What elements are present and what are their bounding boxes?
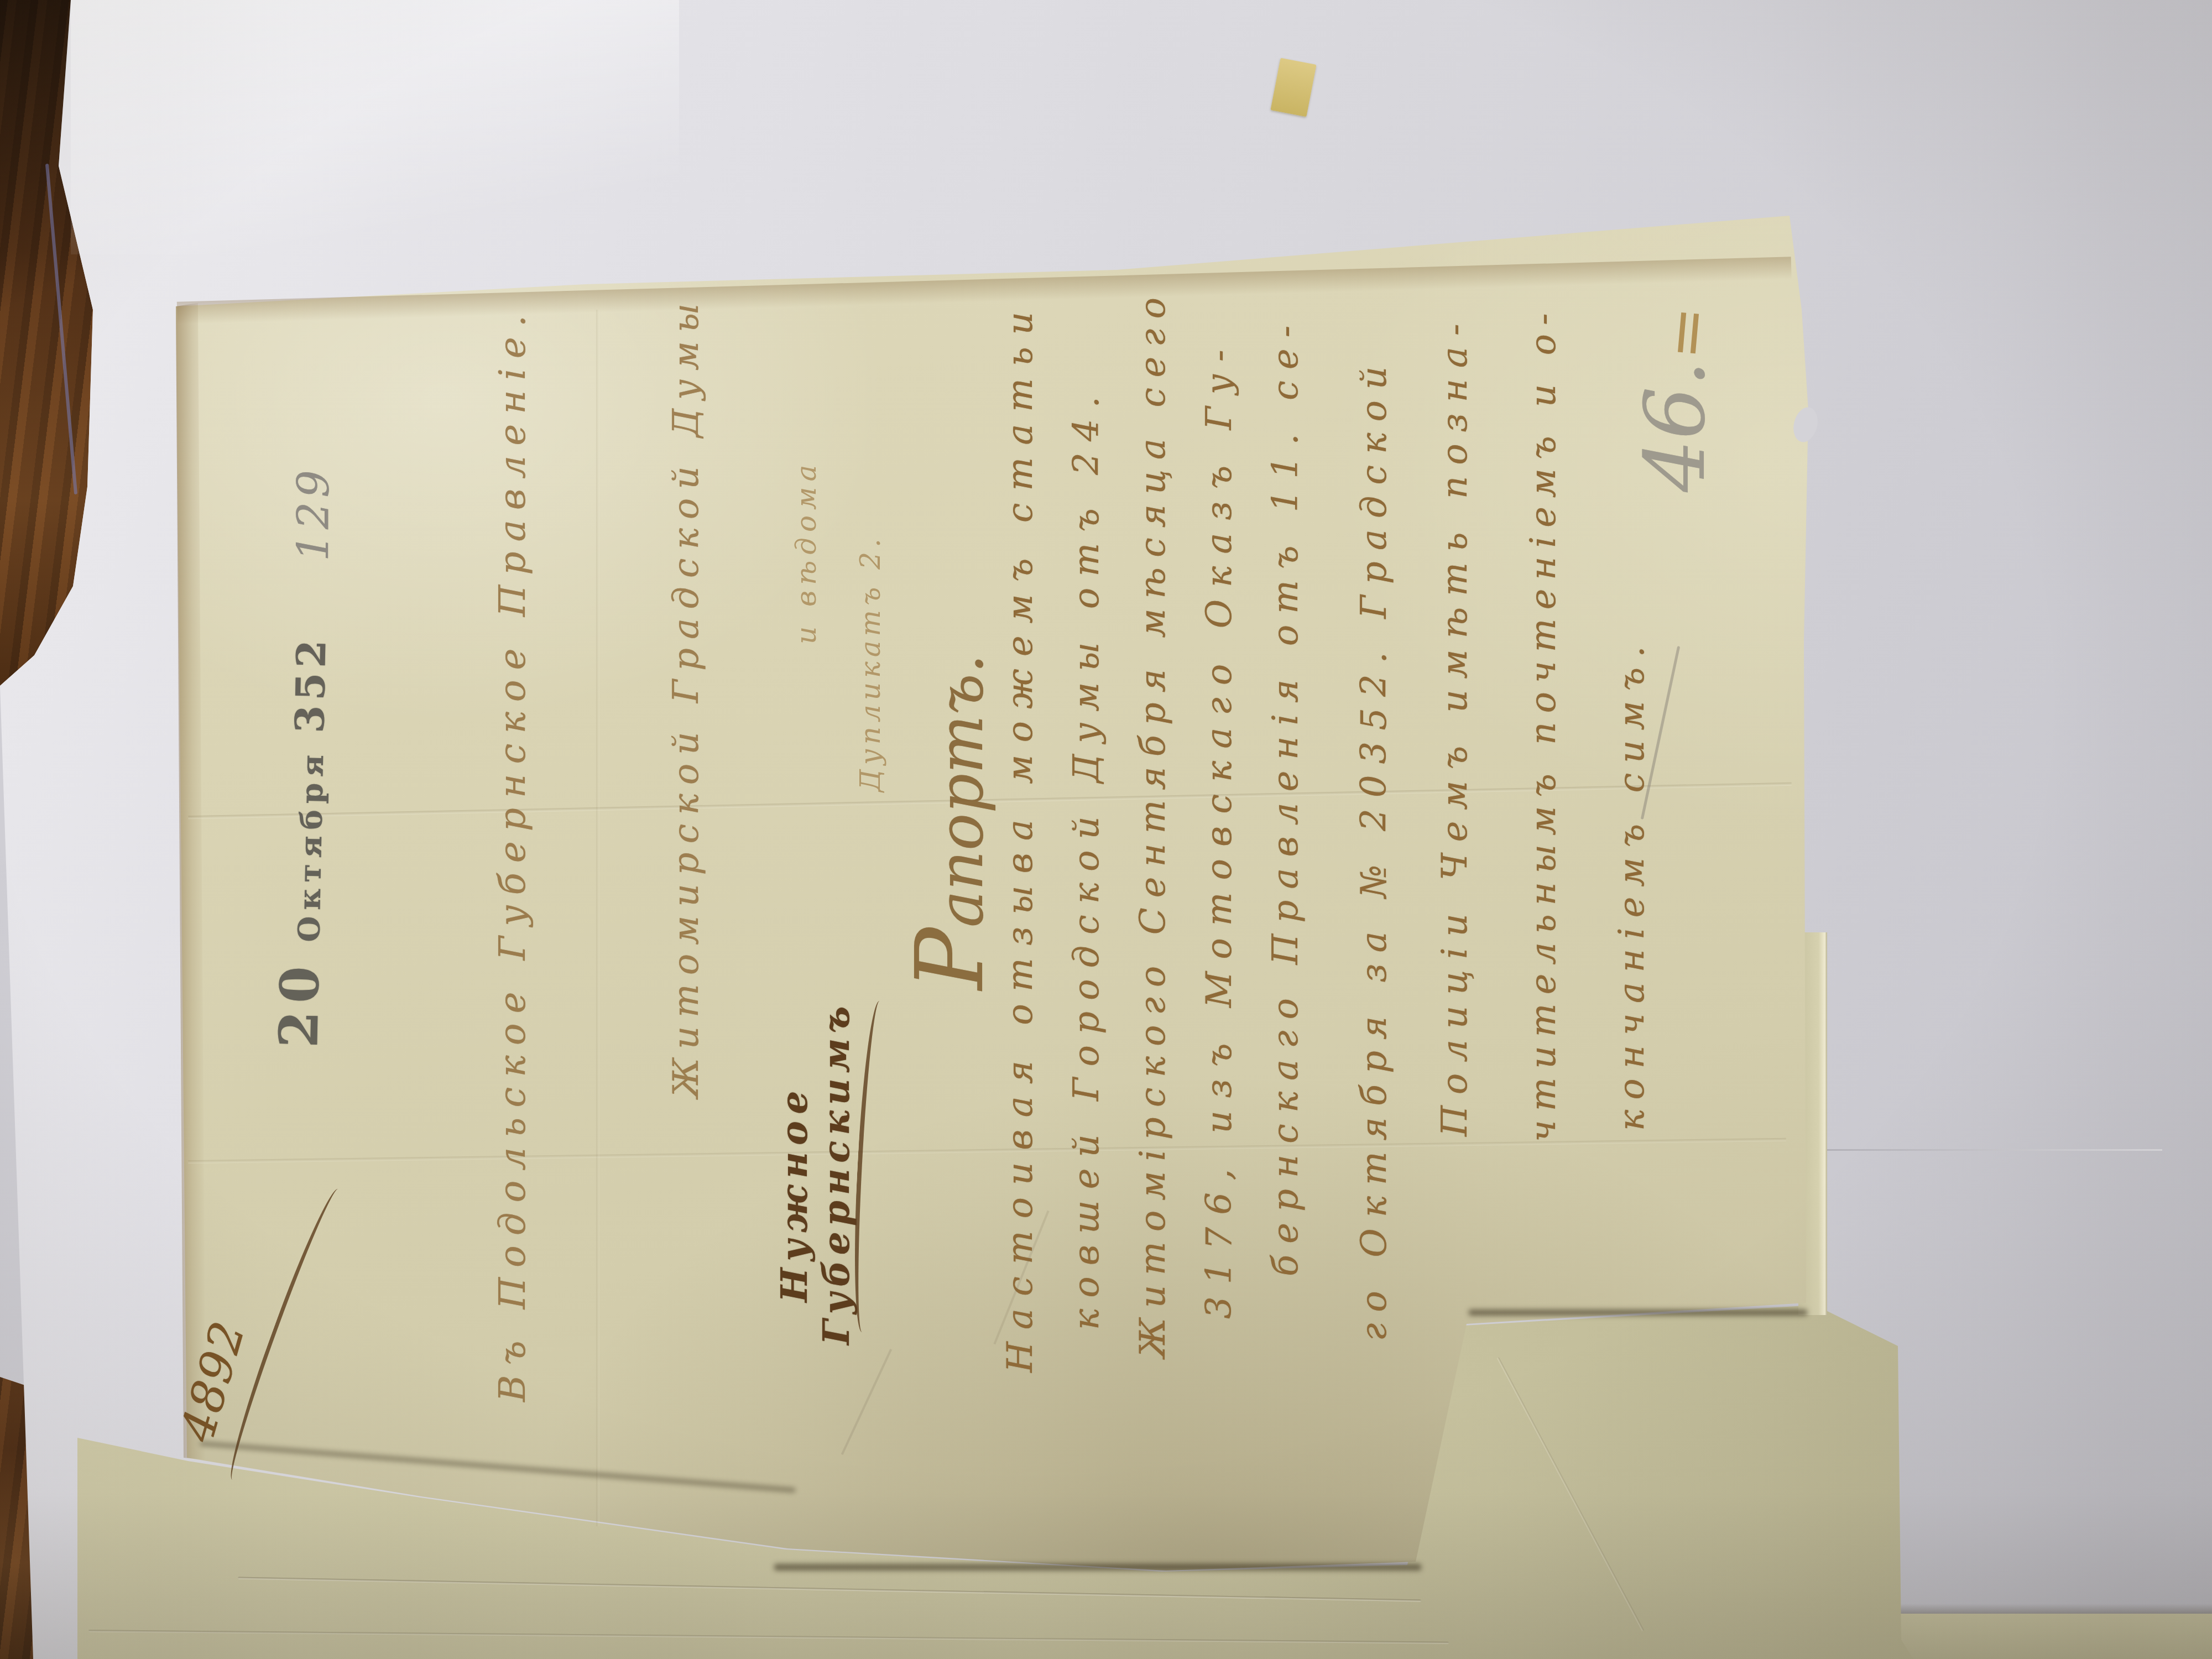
rapport-initial: Р [896, 927, 1004, 990]
ink-equals-glyph: = [1651, 304, 1723, 363]
stamp-month: Октября [291, 748, 330, 942]
header-bold-note-2: Губернскимъ [817, 991, 855, 1345]
header-sender-line: Житомирской Градской Думы [668, 379, 705, 1098]
backdrop-highlight [71, 0, 679, 254]
body-line: чтительнымъ почтеніемъ и о- [1525, 390, 1562, 1142]
body-line: кончаніемъ симъ. [1614, 600, 1651, 1131]
photo-of-archival-document: 20Октября352 129 4892 Въ Подольское Губе… [0, 0, 2212, 1659]
body-line: го Октября за № 20352. Градской [1356, 346, 1393, 1341]
page-fold-crease [596, 310, 599, 1526]
rapport-rest: апортъ. [925, 654, 997, 927]
header-rapport-word: Рапортъ. [901, 619, 999, 990]
page-bottom-shadow [1469, 1310, 1807, 1316]
body-line: Полиціи Чемъ имѣть позна- [1437, 307, 1474, 1136]
body-line: ковшей Городской Думы отъ 24. [1068, 335, 1105, 1330]
stamp-day: 20 [267, 958, 331, 1048]
header-duplicate-note: Дупликатъ 2. [856, 515, 885, 792]
folio-number: 129 [292, 429, 337, 561]
stamp-number: 352 [286, 634, 335, 733]
header-small-note: и вѣдома [792, 357, 821, 644]
body-line: Настоивая отзыва можемъ статьи [1002, 344, 1039, 1373]
backdrop-crease [1819, 1149, 2162, 1151]
body-line: бернскаго Правленія отъ 11. се- [1267, 303, 1305, 1276]
page-bottom-shadow [774, 1564, 1421, 1571]
body-line: 3176, изъ Мотовскаго Оказъ Гу- [1201, 312, 1238, 1319]
header-bold-note-1: Нужное [775, 1009, 813, 1302]
body-line: Житомірского Сентября мѣсяца сего [1135, 304, 1172, 1358]
date-stamp: 20Октября352 [275, 534, 331, 1048]
ink-equals-mark: = [1653, 243, 1720, 359]
header-addressee-line: Въ Подольское Губернское Правленіе. [493, 343, 531, 1402]
